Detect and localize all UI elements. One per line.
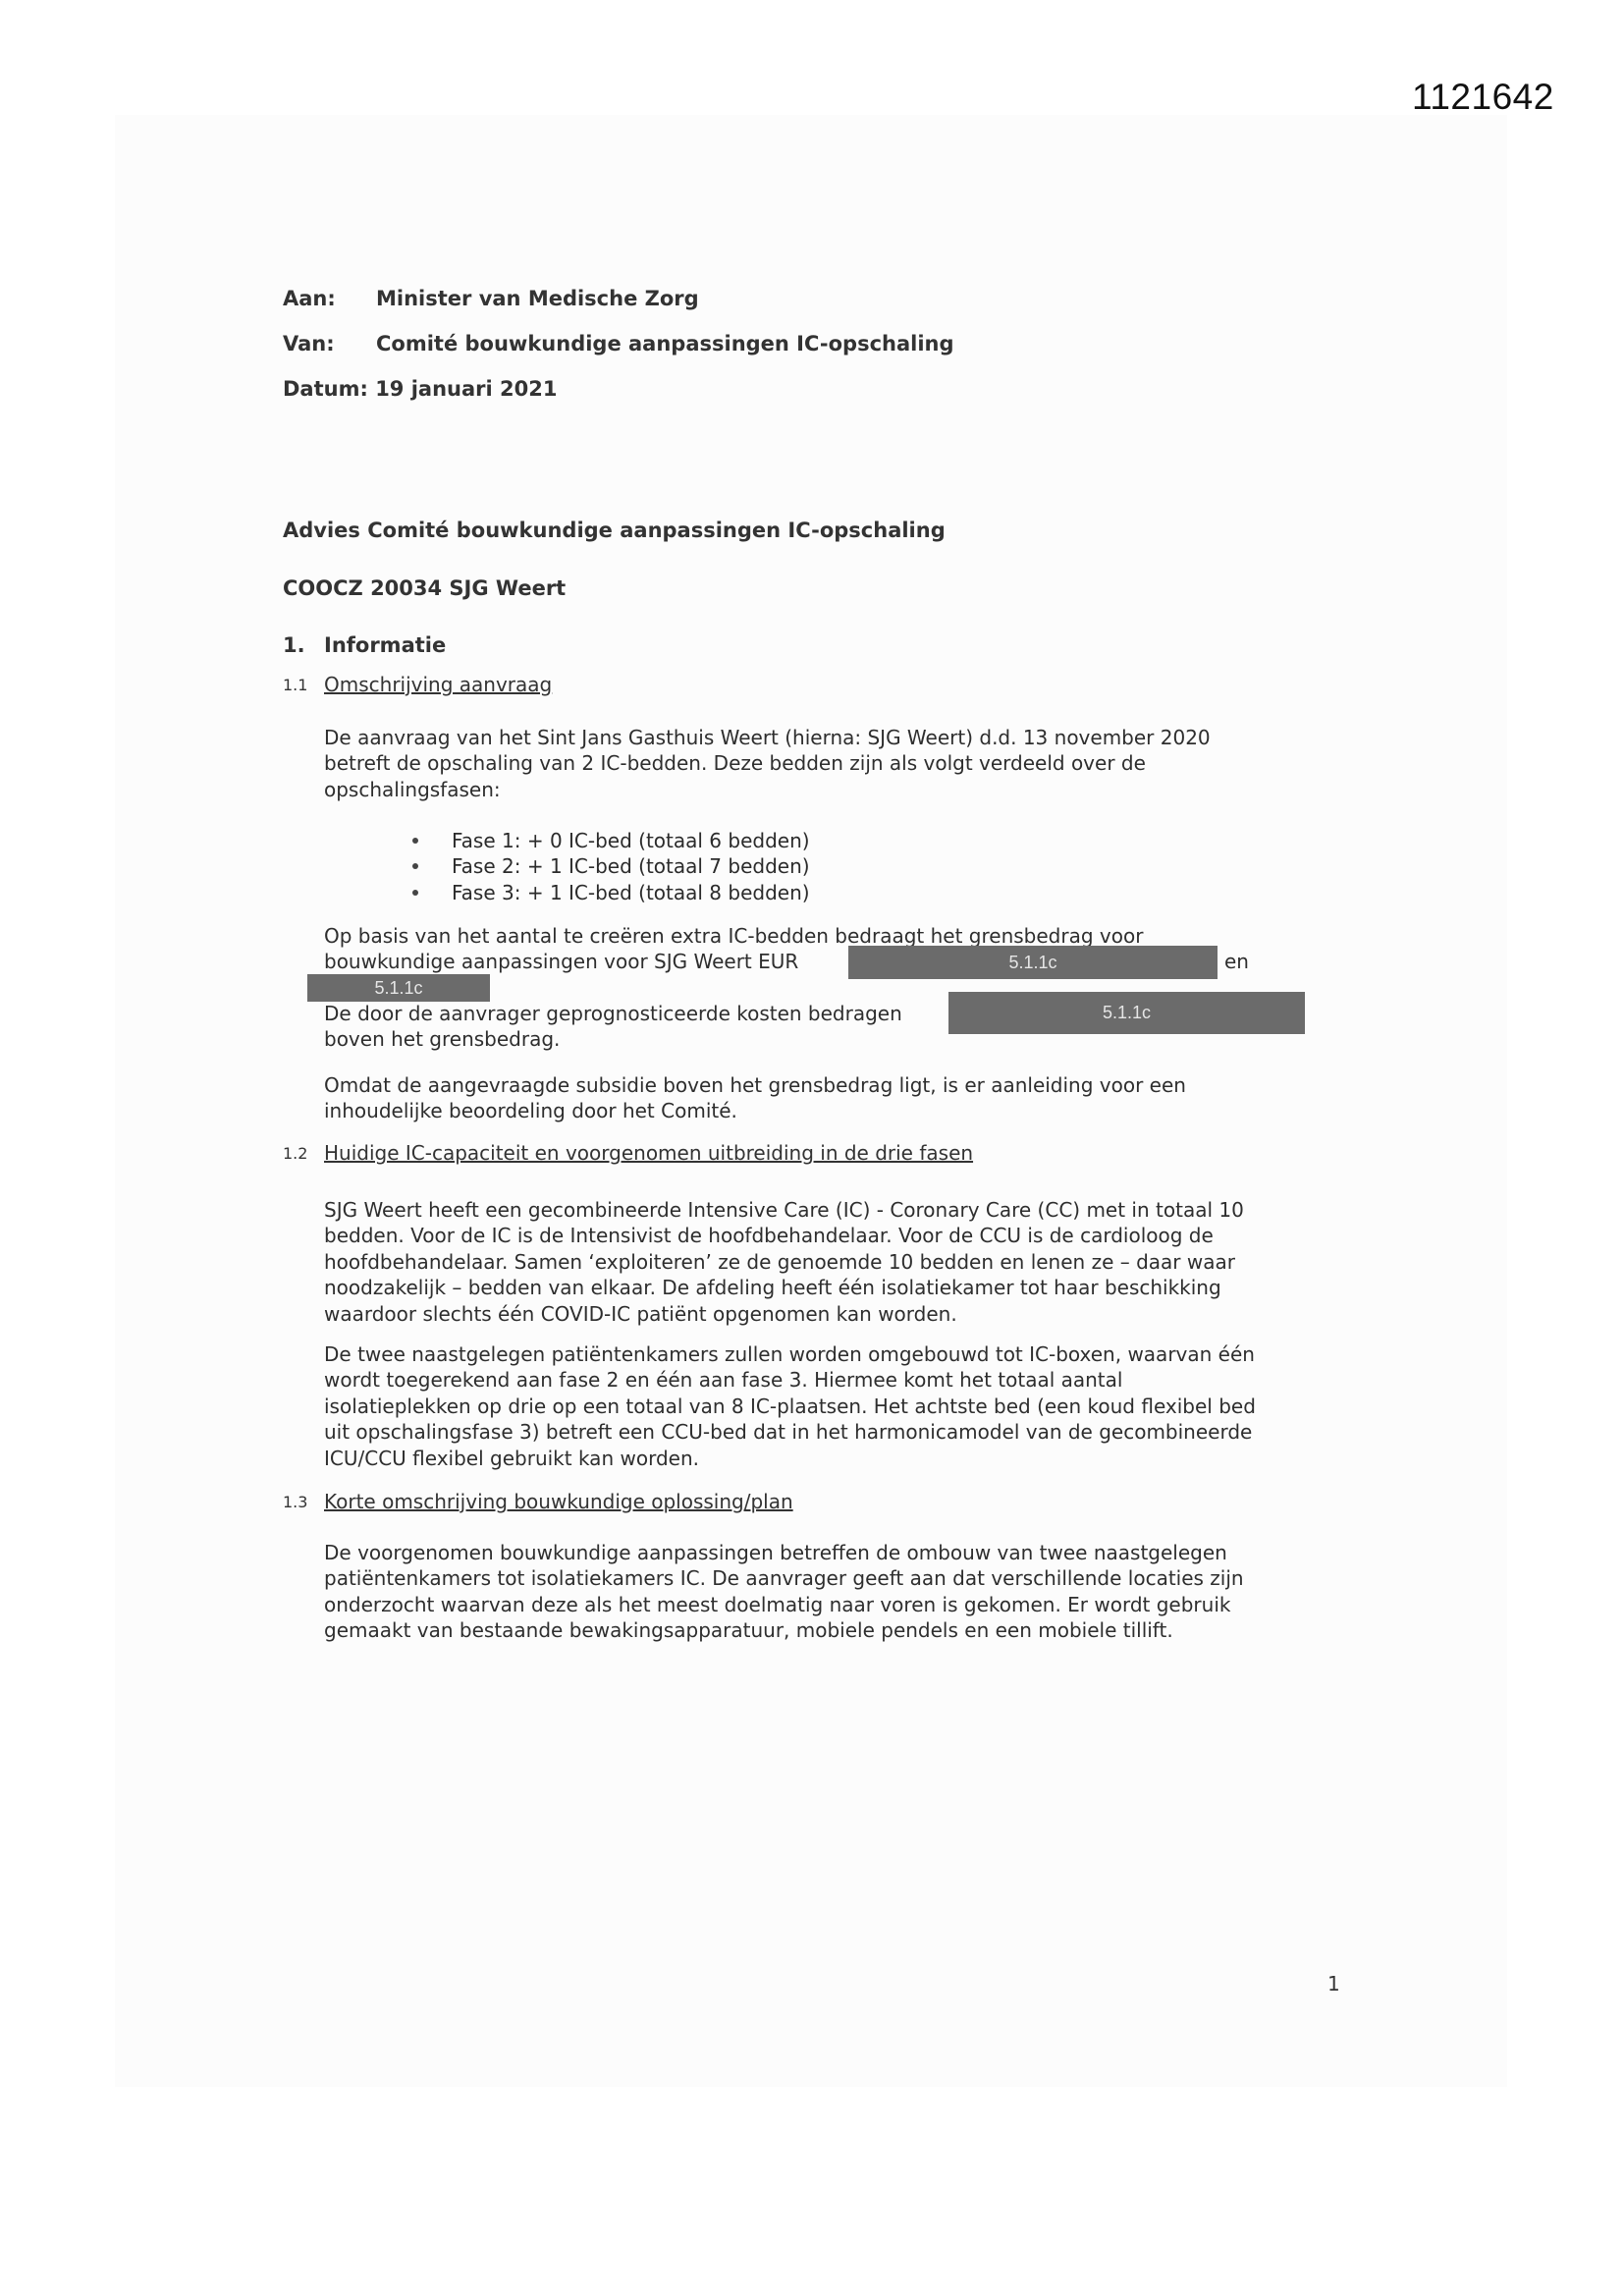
text-line: De twee naastgelegen patiëntenkamers zul… xyxy=(324,1341,1256,1367)
list-item-text: Fase 1: + 0 IC-bed (totaal 6 bedden) xyxy=(452,829,810,852)
header-date: Datum: 19 januari 2021 xyxy=(283,377,557,401)
s1-2-para1: SJG Weert heeft een gecombineerde Intens… xyxy=(324,1197,1244,1327)
text-line: gemaakt van bestaande bewakingsapparatuu… xyxy=(324,1617,1244,1643)
text-line: isolatieplekken op drie op een totaal va… xyxy=(324,1394,1256,1419)
header-to: Aan:Minister van Medische Zorg xyxy=(283,287,699,310)
s1-1-para2-line2-end: en xyxy=(1224,949,1249,974)
text-line: onderzocht waarvan deze als het meest do… xyxy=(324,1592,1244,1617)
text-line: wordt toegerekend aan fase 2 en één aan … xyxy=(324,1367,1256,1393)
header-date-label: Datum: xyxy=(283,377,368,401)
text-line: betreft de opschaling van 2 IC-bedden. D… xyxy=(324,750,1211,776)
s1-1-para3: Omdat de aangevraagde subsidie boven het… xyxy=(324,1072,1186,1124)
redaction-box: 5.1.1c xyxy=(948,992,1305,1034)
redaction-box: 5.1.1c xyxy=(307,974,490,1002)
section-1-2-number: 1.2 xyxy=(283,1144,307,1163)
redaction-box: 5.1.1c xyxy=(848,946,1218,979)
bullet-icon xyxy=(412,838,418,844)
section-1-3-number: 1.3 xyxy=(283,1493,307,1511)
section-1-heading: 1.Informatie xyxy=(283,633,446,657)
header-from: Van:Comité bouwkundige aanpassingen IC-o… xyxy=(283,332,954,355)
section-1-1-title: Omschrijving aanvraag xyxy=(324,673,552,696)
s1-2-para2: De twee naastgelegen patiëntenkamers zul… xyxy=(324,1341,1256,1471)
s1-1-para2-line2: bouwkundige aanpassingen voor SJG Weert … xyxy=(324,949,798,974)
text-line: hoofdbehandelaar. Samen ‘exploiteren’ ze… xyxy=(324,1249,1244,1275)
bullet-icon xyxy=(412,890,418,896)
text-line: bedden. Voor de IC is de Intensivist de … xyxy=(324,1223,1244,1248)
section-1-1-number: 1.1 xyxy=(283,676,307,694)
phase-list: Fase 1: + 0 IC-bed (totaal 6 bedden) Fas… xyxy=(452,828,810,905)
text-line: uit opschalingsfase 3) betreft een CCU-b… xyxy=(324,1419,1256,1445)
section-1-3-title: Korte omschrijving bouwkundige oplossing… xyxy=(324,1490,793,1513)
text-line: De voorgenomen bouwkundige aanpassingen … xyxy=(324,1540,1244,1565)
text-line: SJG Weert heeft een gecombineerde Intens… xyxy=(324,1197,1244,1223)
list-item: Fase 3: + 1 IC-bed (totaal 8 bedden) xyxy=(452,880,810,905)
document-id: 1121642 xyxy=(1412,77,1554,118)
page-number: 1 xyxy=(1327,1972,1340,1995)
case-reference: COOCZ 20034 SJG Weert xyxy=(283,576,566,600)
text-line: ICU/CCU flexibel gebruikt kan worden. xyxy=(324,1446,1256,1471)
s1-3-para1: De voorgenomen bouwkundige aanpassingen … xyxy=(324,1540,1244,1644)
header-from-label: Van: xyxy=(283,332,376,355)
document-title: Advies Comité bouwkundige aanpassingen I… xyxy=(283,519,946,542)
list-item: Fase 2: + 1 IC-bed (totaal 7 bedden) xyxy=(452,853,810,879)
s1-1-para2-line4: boven het grensbedrag. xyxy=(324,1026,560,1052)
text-line: noodzakelijk – bedden van elkaar. De afd… xyxy=(324,1275,1244,1300)
text-line: patiëntenkamers tot isolatiekamers IC. D… xyxy=(324,1565,1244,1591)
list-item: Fase 1: + 0 IC-bed (totaal 6 bedden) xyxy=(452,828,810,853)
header-from-value: Comité bouwkundige aanpassingen IC-opsch… xyxy=(376,332,954,355)
section-1-title: Informatie xyxy=(324,633,446,657)
text-line: inhoudelijke beoordeling door het Comité… xyxy=(324,1098,1186,1123)
header-to-value: Minister van Medische Zorg xyxy=(376,287,699,310)
text-line: De aanvraag van het Sint Jans Gasthuis W… xyxy=(324,725,1211,750)
text-line: Omdat de aangevraagde subsidie boven het… xyxy=(324,1072,1186,1098)
s1-1-para1: De aanvraag van het Sint Jans Gasthuis W… xyxy=(324,725,1211,802)
section-1-number: 1. xyxy=(283,633,324,657)
text-line: waardoor slechts één COVID-IC patiënt op… xyxy=(324,1301,1244,1327)
list-item-text: Fase 2: + 1 IC-bed (totaal 7 bedden) xyxy=(452,854,810,878)
header-to-label: Aan: xyxy=(283,287,376,310)
text-line: opschalingsfasen: xyxy=(324,777,1211,802)
list-item-text: Fase 3: + 1 IC-bed (totaal 8 bedden) xyxy=(452,881,810,904)
header-date-value: 19 januari 2021 xyxy=(375,377,557,401)
s1-1-para2-line3: De door de aanvrager geprognosticeerde k… xyxy=(324,1001,902,1026)
section-1-2-title: Huidige IC-capaciteit en voorgenomen uit… xyxy=(324,1141,973,1165)
